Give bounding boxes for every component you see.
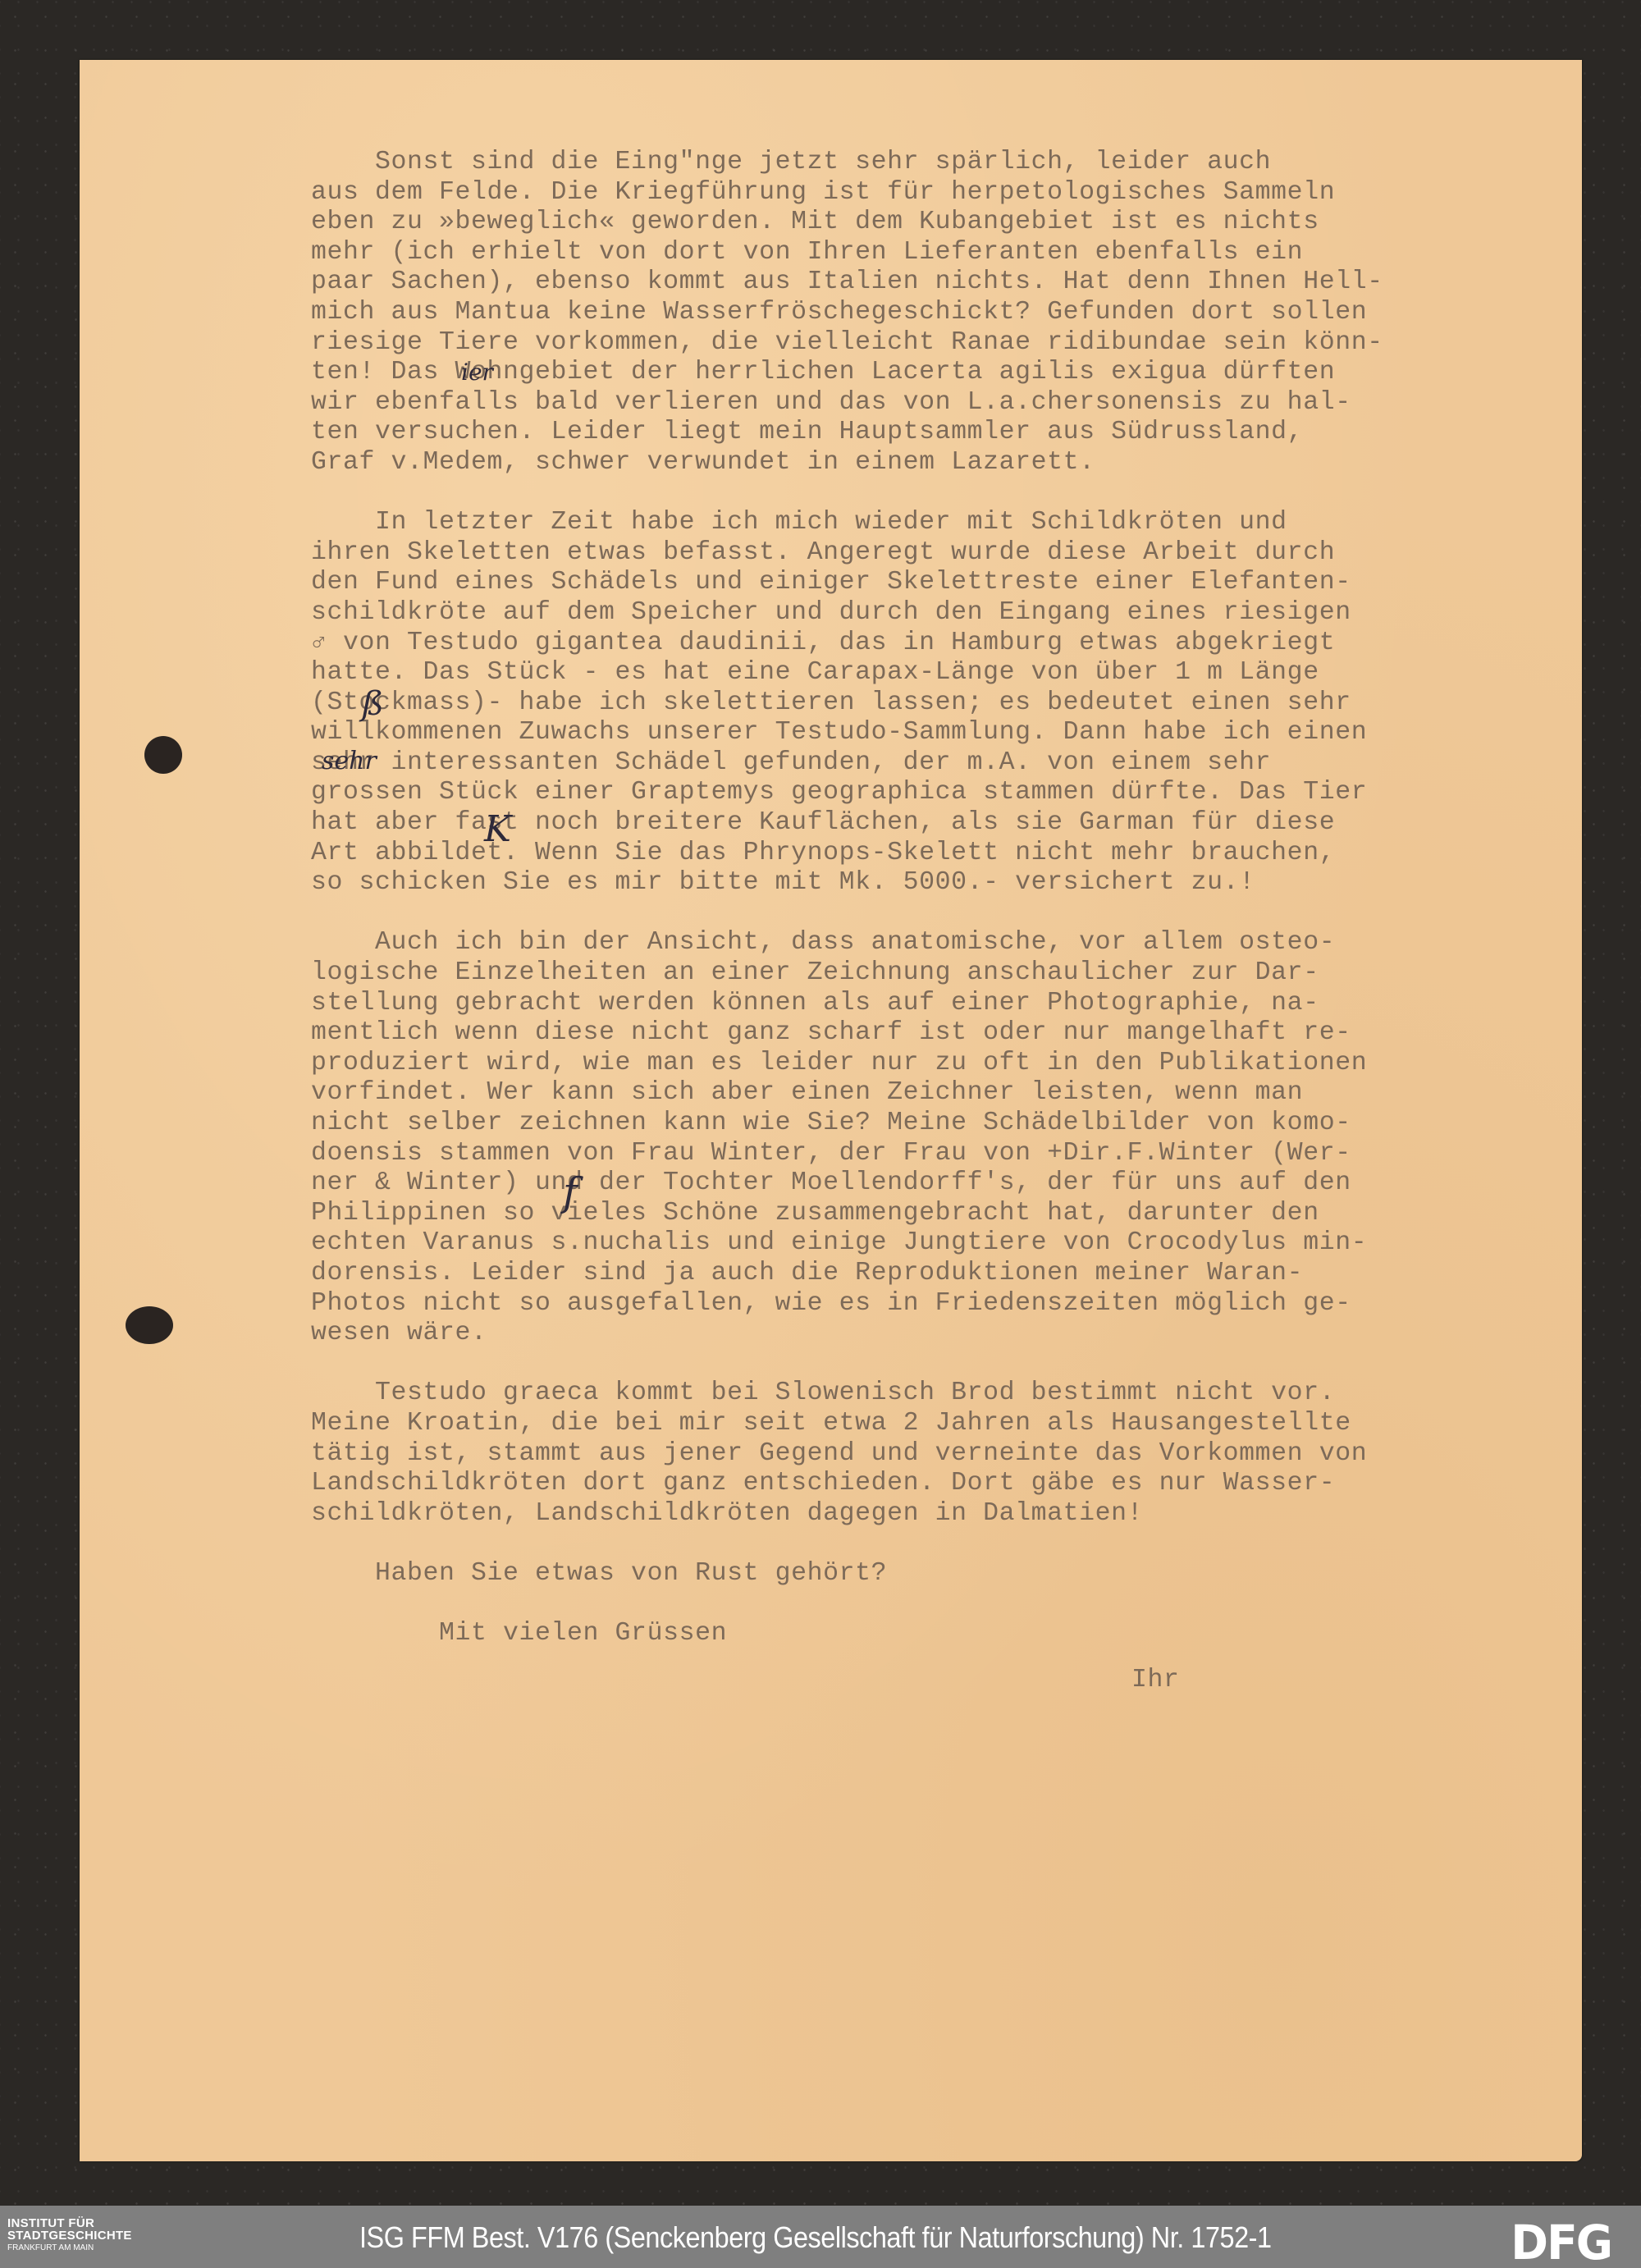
typed-line: willkommenen Zuwachs unserer Testudo-Sam… [311, 718, 1591, 748]
typed-line: riesige Tiere vorkommen, die vielleicht … [311, 328, 1591, 359]
typed-line: Mit vielen Grüssen [311, 1619, 1591, 1649]
archive-footer-bar: INSTITUT FÜR STADTGESCHICHTE FRANKFURT A… [0, 2206, 1641, 2268]
typed-line: mentlich wenn diese nicht ganz scharf is… [311, 1018, 1591, 1049]
handwritten-annotation-k: K [484, 808, 511, 850]
typed-line: (Stockmass)- habe ich skelettieren lasse… [311, 688, 1591, 719]
typed-line: schildkröte auf dem Speicher und durch d… [311, 598, 1591, 629]
typed-line: tätig ist, stammt aus jener Gegend und v… [311, 1439, 1591, 1470]
typed-line: ten! Das Wohngebiet der herrlichen Lacer… [311, 358, 1591, 388]
handwritten-annotation-ier: ier [461, 359, 493, 386]
typed-line: schildkröten, Landschildkröten dagegen i… [311, 1499, 1591, 1530]
institution-name-line2: STADTGESCHICHTE [7, 2229, 132, 2242]
typed-line: so schicken Sie es mir bitte mit Mk. 500… [311, 868, 1591, 899]
typed-line: ihren Skeletten etwas befasst. Angeregt … [311, 538, 1591, 569]
typed-line: wir ebenfalls bald verlieren und das von… [311, 388, 1591, 418]
paragraph-gap [311, 1589, 1591, 1620]
paragraph-gap [311, 478, 1591, 509]
institution-logo: INSTITUT FÜR STADTGESCHICHTE FRANKFURT A… [7, 2217, 132, 2254]
punch-hole-bottom [126, 1306, 173, 1344]
typed-line: Testudo graeca kommt bei Slowenisch Brod… [311, 1379, 1591, 1409]
paragraph-gap [311, 899, 1591, 929]
handwritten-annotation-sehr: sehr [322, 747, 377, 775]
typed-line: echten Varanus s.nuchalis und einige Jun… [311, 1228, 1591, 1259]
typed-line: Meine Kroatin, die bei mir seit etwa 2 J… [311, 1409, 1591, 1439]
typed-line: hatte. Das Stück - es hat eine Carapax-L… [311, 658, 1591, 688]
typed-line: logische Einzelheiten an einer Zeichnung… [311, 958, 1591, 989]
handwritten-annotation-sz: ß [362, 685, 384, 723]
typed-line: aus dem Felde. Die Kriegführung ist für … [311, 178, 1591, 208]
archive-caption: ISG FFM Best. V176 (Senckenberg Gesellsc… [359, 2220, 1272, 2255]
typed-line: dorensis. Leider sind ja auch die Reprod… [311, 1259, 1591, 1289]
typed-line: Haben Sie etwas von Rust gehört? [311, 1559, 1591, 1589]
typed-line: In letzter Zeit habe ich mich wieder mit… [311, 508, 1591, 538]
typed-line: eben zu »beweglich« geworden. Mit dem Ku… [311, 208, 1591, 238]
typed-line: mich aus Mantua keine Wasserfröschegesch… [311, 298, 1591, 328]
institution-city: FRANKFURT AM MAIN [7, 2242, 132, 2254]
typed-line: paar Sachen), ebenso kommt aus Italien n… [311, 267, 1591, 298]
typed-line: den Fund eines Schädels und einiger Skel… [311, 568, 1591, 598]
typewritten-letter-body: Sonst sind die Eing"nge jetzt sehr spärl… [311, 148, 1591, 1695]
typed-line: Graf v.Medem, schwer verwundet in einem … [311, 448, 1591, 478]
typed-line: Auch ich bin der Ansicht, dass anatomisc… [311, 928, 1591, 958]
closing-signature: Ihr [311, 1666, 1591, 1696]
typed-line: stellung gebracht werden können als auf … [311, 989, 1591, 1019]
institution-name-line1: INSTITUT FÜR [7, 2217, 132, 2229]
typed-line: doensis stammen von Frau Winter, der Fra… [311, 1139, 1591, 1169]
typed-line: ten versuchen. Leider liegt mein Hauptsa… [311, 418, 1591, 448]
typed-line: grossen Stück einer Graptemys geographic… [311, 778, 1591, 808]
typed-line: Photos nicht so ausgefallen, wie es in F… [311, 1289, 1591, 1319]
typed-line: Landschildkröten dort ganz entschieden. … [311, 1469, 1591, 1499]
typed-line: wesen wäre. [311, 1319, 1591, 1349]
typed-line: nicht selber zeichnen kann wie Sie? Mein… [311, 1109, 1591, 1139]
paragraph-gap [311, 1349, 1591, 1379]
typed-line: produziert wird, wie man es leider nur z… [311, 1049, 1591, 1079]
typed-line: mehr (ich erhielt von dort von Ihren Lie… [311, 238, 1591, 268]
typed-line: ♂ von Testudo gigantea daudinii, das in … [311, 629, 1591, 659]
paragraph-gap [311, 1529, 1591, 1559]
typed-line: vorfindet. Wer kann sich aber einen Zeic… [311, 1078, 1591, 1109]
typed-line: ner & Winter) und der Tochter Moellendor… [311, 1168, 1591, 1199]
dfg-logo: DFG [1511, 2219, 1611, 2266]
handwritten-annotation-f: f [563, 1169, 578, 1215]
typed-line: Philippinen so vieles Schöne zusammengeb… [311, 1199, 1591, 1229]
typed-line: sehr interessanten Schädel gefunden, der… [311, 748, 1591, 779]
punch-hole-top [144, 736, 182, 774]
typed-line: Sonst sind die Eing"nge jetzt sehr spärl… [311, 148, 1591, 178]
